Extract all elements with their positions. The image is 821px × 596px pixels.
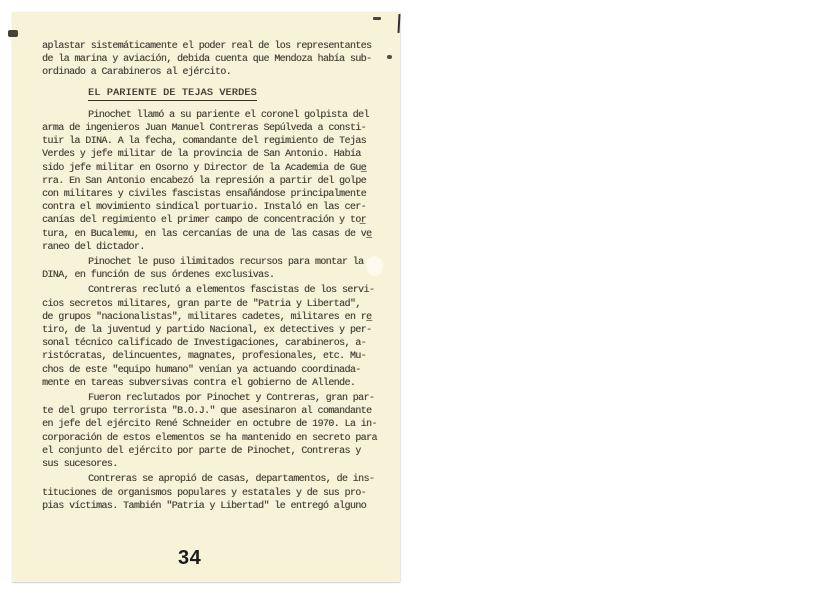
text-line: arma de ingenieros Juan Manuel Contreras… (42, 122, 386, 135)
page-number: 34 (178, 547, 201, 570)
typewritten-text: aplastar sistemáticamente el poder real … (42, 40, 386, 515)
text-line: sonal técnico calificado de Investigacio… (42, 337, 386, 350)
text-line: te del grupo terrorista "B.O.J." que ase… (42, 405, 386, 418)
text-line: tura, en Bucalemu, en las cercanías de u… (42, 228, 386, 241)
text-line: aplastar sistemáticamente el poder real … (42, 40, 386, 53)
text-line: Contreras se apropió de casas, departame… (42, 473, 386, 486)
paper-stain (366, 256, 383, 276)
text-line: cios secretos militares, gran parte de "… (42, 298, 386, 311)
ink-line-top-right (398, 14, 401, 33)
paragraph: Fueron reclutados por Pinochet y Contrer… (42, 392, 386, 471)
paragraph: Contreras se apropió de casas, departame… (42, 473, 386, 513)
section-heading: EL PARIENTE DE TEJAS VERDES (88, 87, 386, 100)
ink-dot-right (387, 55, 392, 59)
document-page: aplastar sistemáticamente el poder real … (12, 12, 400, 582)
text-line: chos de este "equipo humano" venían ya a… (42, 364, 386, 377)
text-line: corporación de estos elementos se ha man… (42, 432, 386, 445)
text-line: tuir la DINA. A la fecha, comandante del… (42, 135, 386, 148)
text-line: Verdes y jefe militar de la provincia de… (42, 148, 386, 161)
ink-smudge-left (8, 30, 18, 37)
text-line: sido jefe militar en Osorno y Director d… (42, 162, 386, 175)
text-line: el conjunto del ejército por parte de Pi… (42, 445, 386, 458)
text-line: rra. En San Antonio encabezó la represió… (42, 175, 386, 188)
paragraph: Pinochet llamó a su pariente el coronel … (42, 109, 386, 254)
text-line: Contreras reclutó a elementos fascistas … (42, 284, 386, 297)
text-line: de grupos "nacionalistas", militares cad… (42, 311, 386, 324)
text-line: DINA, en función de sus órdenes exclusiv… (42, 269, 386, 282)
text-line: en jefe del ejército René Schneider en o… (42, 418, 386, 431)
text-line: contra el movimiento sindical portuario.… (42, 201, 386, 214)
text-line: Pinochet llamó a su pariente el coronel … (42, 109, 386, 122)
ink-dash-top-right (373, 17, 381, 20)
text-line: ordinado a Carabineros al ejército. (42, 66, 386, 79)
text-line: pias víctimas. También "Patria y Liberta… (42, 500, 386, 513)
text-line: mente en tareas subversivas contra el go… (42, 377, 386, 390)
text-line: tituciones de organismos populares y est… (42, 487, 386, 500)
text-line: de la marina y aviación, debida cuenta q… (42, 53, 386, 66)
text-line: sus sucesores. (42, 458, 386, 471)
scan-background: aplastar sistemáticamente el poder real … (0, 0, 821, 596)
text-line: ristócratas, delincuentes, magnates, pro… (42, 350, 386, 363)
text-line: raneo del dictador. (42, 241, 386, 254)
text-line: canías del regimiento el primer campo de… (42, 214, 386, 227)
paragraph: Pinochet le puso ilimitados recursos par… (42, 256, 386, 282)
paragraph: Contreras reclutó a elementos fascistas … (42, 284, 386, 390)
paragraph: aplastar sistemáticamente el poder real … (42, 40, 386, 80)
text-line: tiro, de la juventud y partido Nacional,… (42, 324, 386, 337)
text-line: Fueron reclutados por Pinochet y Contrer… (42, 392, 386, 405)
section-heading-text: EL PARIENTE DE TEJAS VERDES (88, 88, 257, 101)
text-line: Pinochet le puso ilimitados recursos par… (42, 256, 386, 269)
text-line: con militares y civiles fascistas ensañá… (42, 188, 386, 201)
